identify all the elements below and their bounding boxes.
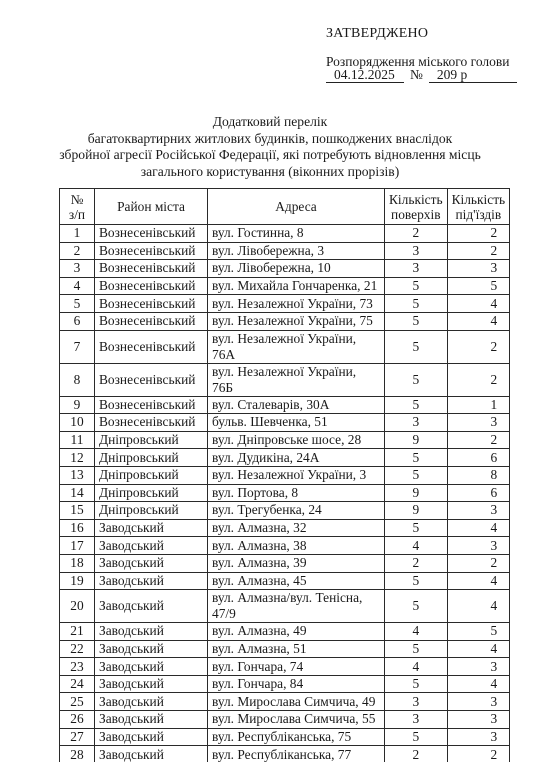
table-row: 17Заводськийвул. Алмазна, 3843 bbox=[60, 537, 510, 555]
row-entrances: 3 bbox=[447, 414, 510, 432]
row-address: вул. Михайла Гончаренка, 21 bbox=[208, 277, 385, 295]
row-entrances: 3 bbox=[447, 711, 510, 729]
row-district: Заводський bbox=[95, 728, 208, 746]
row-entrances: 3 bbox=[447, 658, 510, 676]
table-row: 26Заводськийвул. Мирослава Симчича, 5533 bbox=[60, 711, 510, 729]
row-entrances: 4 bbox=[447, 312, 510, 330]
row-district: Вознесенівський bbox=[95, 277, 208, 295]
row-floors: 5 bbox=[385, 640, 448, 658]
row-address: вул. Алмазна, 38 bbox=[208, 537, 385, 555]
row-number: 26 bbox=[60, 711, 95, 729]
row-floors: 4 bbox=[385, 658, 448, 676]
row-entrances: 4 bbox=[447, 640, 510, 658]
row-address: вул. Алмазна, 32 bbox=[208, 519, 385, 537]
row-entrances: 2 bbox=[447, 431, 510, 449]
row-number: 20 bbox=[60, 590, 95, 623]
row-address: вул. Трегубенка, 24 bbox=[208, 502, 385, 520]
column-header-district: Район міста bbox=[95, 189, 208, 225]
row-number: 17 bbox=[60, 537, 95, 555]
row-address: вул. Незалежної України, 73 bbox=[208, 295, 385, 313]
table-row: 14Дніпровськийвул. Портова, 896 bbox=[60, 484, 510, 502]
table-row: 7Вознесенівськийвул. Незалежної України,… bbox=[60, 330, 510, 363]
row-floors: 5 bbox=[385, 728, 448, 746]
row-entrances: 3 bbox=[447, 693, 510, 711]
row-floors: 4 bbox=[385, 537, 448, 555]
row-address: вул. Гончара, 84 bbox=[208, 675, 385, 693]
row-floors: 3 bbox=[385, 242, 448, 260]
row-number: 9 bbox=[60, 396, 95, 414]
row-district: Вознесенівський bbox=[95, 225, 208, 243]
approval-stamp: ЗАТВЕРДЖЕНО bbox=[326, 26, 428, 42]
row-address: вул. Незалежної України, 76Б bbox=[208, 363, 385, 396]
row-floors: 5 bbox=[385, 449, 448, 467]
title-line: збройної агресії Російської Федерації, я… bbox=[40, 147, 500, 164]
table-row: 21Заводськийвул. Алмазна, 4945 bbox=[60, 623, 510, 641]
row-entrances: 2 bbox=[447, 225, 510, 243]
row-floors: 9 bbox=[385, 431, 448, 449]
table-row: 2Вознесенівськийвул. Лівобережна, 332 bbox=[60, 242, 510, 260]
row-number: 4 bbox=[60, 277, 95, 295]
row-number: 27 bbox=[60, 728, 95, 746]
order-reference: 04.12.2025№209 р bbox=[326, 67, 517, 83]
row-number: 5 bbox=[60, 295, 95, 313]
table-row: 11Дніпровськийвул. Дніпровське шосе, 289… bbox=[60, 431, 510, 449]
row-number: 28 bbox=[60, 746, 95, 762]
table-row: 25Заводськийвул. Мирослава Симчича, 4933 bbox=[60, 693, 510, 711]
row-floors: 5 bbox=[385, 519, 448, 537]
row-floors: 3 bbox=[385, 260, 448, 278]
column-header-number: №з/п bbox=[60, 189, 95, 225]
table-row: 22Заводськийвул. Алмазна, 5154 bbox=[60, 640, 510, 658]
column-header-floors: Кількістьповерхів bbox=[385, 189, 448, 225]
row-entrances: 4 bbox=[447, 295, 510, 313]
row-district: Вознесенівський bbox=[95, 312, 208, 330]
row-entrances: 8 bbox=[447, 466, 510, 484]
table-row: 3Вознесенівськийвул. Лівобережна, 1033 bbox=[60, 260, 510, 278]
row-number: 23 bbox=[60, 658, 95, 676]
table-row: 28Заводськийвул. Республіканська, 7722 bbox=[60, 746, 510, 762]
row-address: вул. Сталеварів, 30А bbox=[208, 396, 385, 414]
row-entrances: 6 bbox=[447, 449, 510, 467]
row-address: вул. Дніпровське шосе, 28 bbox=[208, 431, 385, 449]
row-district: Заводський bbox=[95, 519, 208, 537]
row-district: Заводський bbox=[95, 711, 208, 729]
table-row: 4Вознесенівськийвул. Михайла Гончаренка,… bbox=[60, 277, 510, 295]
table-row: 13Дніпровськийвул. Незалежної України, 3… bbox=[60, 466, 510, 484]
row-district: Заводський bbox=[95, 693, 208, 711]
row-number: 21 bbox=[60, 623, 95, 641]
row-district: Вознесенівський bbox=[95, 363, 208, 396]
order-number: 209 р bbox=[429, 68, 517, 83]
table-row: 18Заводськийвул. Алмазна, 3922 bbox=[60, 554, 510, 572]
row-entrances: 3 bbox=[447, 502, 510, 520]
row-district: Дніпровський bbox=[95, 431, 208, 449]
row-number: 1 bbox=[60, 225, 95, 243]
row-number: 3 bbox=[60, 260, 95, 278]
row-entrances: 6 bbox=[447, 484, 510, 502]
row-floors: 5 bbox=[385, 312, 448, 330]
row-floors: 3 bbox=[385, 414, 448, 432]
row-entrances: 2 bbox=[447, 746, 510, 762]
row-address: вул. Гостинна, 8 bbox=[208, 225, 385, 243]
table-row: 15Дніпровськийвул. Трегубенка, 2493 bbox=[60, 502, 510, 520]
row-entrances: 4 bbox=[447, 590, 510, 623]
row-entrances: 4 bbox=[447, 519, 510, 537]
row-district: Заводський bbox=[95, 658, 208, 676]
title-line: Додатковий перелік bbox=[40, 114, 500, 131]
row-number: 7 bbox=[60, 330, 95, 363]
row-district: Вознесенівський bbox=[95, 260, 208, 278]
row-address: вул. Республіканська, 75 bbox=[208, 728, 385, 746]
row-number: 15 bbox=[60, 502, 95, 520]
table-row: 1Вознесенівськийвул. Гостинна, 822 bbox=[60, 225, 510, 243]
row-floors: 3 bbox=[385, 711, 448, 729]
row-district: Дніпровський bbox=[95, 466, 208, 484]
title-line: багатоквартирних житлових будинків, пошк… bbox=[40, 131, 500, 148]
row-number: 18 bbox=[60, 554, 95, 572]
row-floors: 5 bbox=[385, 590, 448, 623]
row-number: 2 bbox=[60, 242, 95, 260]
row-floors: 2 bbox=[385, 225, 448, 243]
row-floors: 5 bbox=[385, 396, 448, 414]
table-row: 23Заводськийвул. Гончара, 7443 bbox=[60, 658, 510, 676]
row-floors: 4 bbox=[385, 623, 448, 641]
row-address: вул. Алмазна, 49 bbox=[208, 623, 385, 641]
column-header-address: Адреса bbox=[208, 189, 385, 225]
table-row: 24Заводськийвул. Гончара, 8454 bbox=[60, 675, 510, 693]
table-row: 16Заводськийвул. Алмазна, 3254 bbox=[60, 519, 510, 537]
row-district: Дніпровський bbox=[95, 484, 208, 502]
row-address: бульв. Шевченка, 51 bbox=[208, 414, 385, 432]
row-floors: 5 bbox=[385, 675, 448, 693]
row-district: Заводський bbox=[95, 590, 208, 623]
row-address: вул. Портова, 8 bbox=[208, 484, 385, 502]
row-district: Заводський bbox=[95, 554, 208, 572]
row-address: вул. Незалежної України, 75 bbox=[208, 312, 385, 330]
row-floors: 5 bbox=[385, 330, 448, 363]
row-floors: 9 bbox=[385, 484, 448, 502]
row-number: 13 bbox=[60, 466, 95, 484]
row-entrances: 5 bbox=[447, 623, 510, 641]
row-district: Заводський bbox=[95, 537, 208, 555]
row-floors: 9 bbox=[385, 502, 448, 520]
row-number: 22 bbox=[60, 640, 95, 658]
row-floors: 5 bbox=[385, 466, 448, 484]
order-date: 04.12.2025 bbox=[326, 68, 404, 83]
table-row: 5Вознесенівськийвул. Незалежної України,… bbox=[60, 295, 510, 313]
row-address: вул. Алмазна, 51 bbox=[208, 640, 385, 658]
row-district: Заводський bbox=[95, 623, 208, 641]
document-title: Додатковий перелік багатоквартирних житл… bbox=[40, 114, 500, 180]
row-address: вул. Дудикіна, 24А bbox=[208, 449, 385, 467]
row-entrances: 4 bbox=[447, 572, 510, 590]
row-floors: 2 bbox=[385, 746, 448, 762]
row-address: вул. Незалежної України, 3 bbox=[208, 466, 385, 484]
row-district: Вознесенівський bbox=[95, 396, 208, 414]
row-number: 19 bbox=[60, 572, 95, 590]
row-floors: 2 bbox=[385, 554, 448, 572]
row-entrances: 2 bbox=[447, 242, 510, 260]
table-row: 20Заводськийвул. Алмазна/вул. Тенісна, 4… bbox=[60, 590, 510, 623]
row-address: вул. Гончара, 74 bbox=[208, 658, 385, 676]
row-district: Заводський bbox=[95, 675, 208, 693]
row-entrances: 3 bbox=[447, 537, 510, 555]
row-address: вул. Алмазна, 45 bbox=[208, 572, 385, 590]
row-district: Дніпровський bbox=[95, 449, 208, 467]
row-address: вул. Мирослава Симчича, 55 bbox=[208, 711, 385, 729]
row-number: 12 bbox=[60, 449, 95, 467]
row-district: Вознесенівський bbox=[95, 414, 208, 432]
table-row: 9Вознесенівськийвул. Сталеварів, 30А51 bbox=[60, 396, 510, 414]
row-district: Заводський bbox=[95, 746, 208, 762]
row-address: вул. Алмазна, 39 bbox=[208, 554, 385, 572]
row-address: вул. Лівобережна, 3 bbox=[208, 242, 385, 260]
row-floors: 3 bbox=[385, 693, 448, 711]
row-district: Вознесенівський bbox=[95, 242, 208, 260]
table-row: 12Дніпровськийвул. Дудикіна, 24А56 bbox=[60, 449, 510, 467]
row-district: Вознесенівський bbox=[95, 295, 208, 313]
row-district: Заводський bbox=[95, 640, 208, 658]
column-header-entrances: Кількістьпід'їздів bbox=[447, 189, 510, 225]
table-row: 6Вознесенівськийвул. Незалежної України,… bbox=[60, 312, 510, 330]
row-address: вул. Незалежної України, 76А bbox=[208, 330, 385, 363]
row-district: Вознесенівський bbox=[95, 330, 208, 363]
row-floors: 5 bbox=[385, 277, 448, 295]
table-row: 27Заводськийвул. Республіканська, 7553 bbox=[60, 728, 510, 746]
buildings-table: №з/п Район міста Адреса Кількістьповерхі… bbox=[59, 188, 510, 762]
row-entrances: 5 bbox=[447, 277, 510, 295]
row-entrances: 3 bbox=[447, 260, 510, 278]
row-address: вул. Алмазна/вул. Тенісна, 47/9 bbox=[208, 590, 385, 623]
row-address: вул. Мирослава Симчича, 49 bbox=[208, 693, 385, 711]
table-row: 8Вознесенівськийвул. Незалежної України,… bbox=[60, 363, 510, 396]
row-number: 14 bbox=[60, 484, 95, 502]
row-number: 25 bbox=[60, 693, 95, 711]
row-entrances: 1 bbox=[447, 396, 510, 414]
row-entrances: 3 bbox=[447, 728, 510, 746]
row-number: 11 bbox=[60, 431, 95, 449]
row-number: 24 bbox=[60, 675, 95, 693]
table-row: 10Вознесенівськийбульв. Шевченка, 5133 bbox=[60, 414, 510, 432]
row-address: вул. Республіканська, 77 bbox=[208, 746, 385, 762]
table-row: 19Заводськийвул. Алмазна, 4554 bbox=[60, 572, 510, 590]
row-entrances: 4 bbox=[447, 675, 510, 693]
row-floors: 5 bbox=[385, 295, 448, 313]
row-number: 10 bbox=[60, 414, 95, 432]
row-address: вул. Лівобережна, 10 bbox=[208, 260, 385, 278]
row-floors: 5 bbox=[385, 363, 448, 396]
table-header-row: №з/п Район міста Адреса Кількістьповерхі… bbox=[60, 189, 510, 225]
row-number: 6 bbox=[60, 312, 95, 330]
row-entrances: 2 bbox=[447, 330, 510, 363]
row-floors: 5 bbox=[385, 572, 448, 590]
row-entrances: 2 bbox=[447, 554, 510, 572]
row-district: Заводський bbox=[95, 572, 208, 590]
title-line: загального користування (віконних проріз… bbox=[40, 164, 500, 181]
row-district: Дніпровський bbox=[95, 502, 208, 520]
number-sign: № bbox=[410, 67, 423, 83]
row-entrances: 2 bbox=[447, 363, 510, 396]
row-number: 8 bbox=[60, 363, 95, 396]
row-number: 16 bbox=[60, 519, 95, 537]
